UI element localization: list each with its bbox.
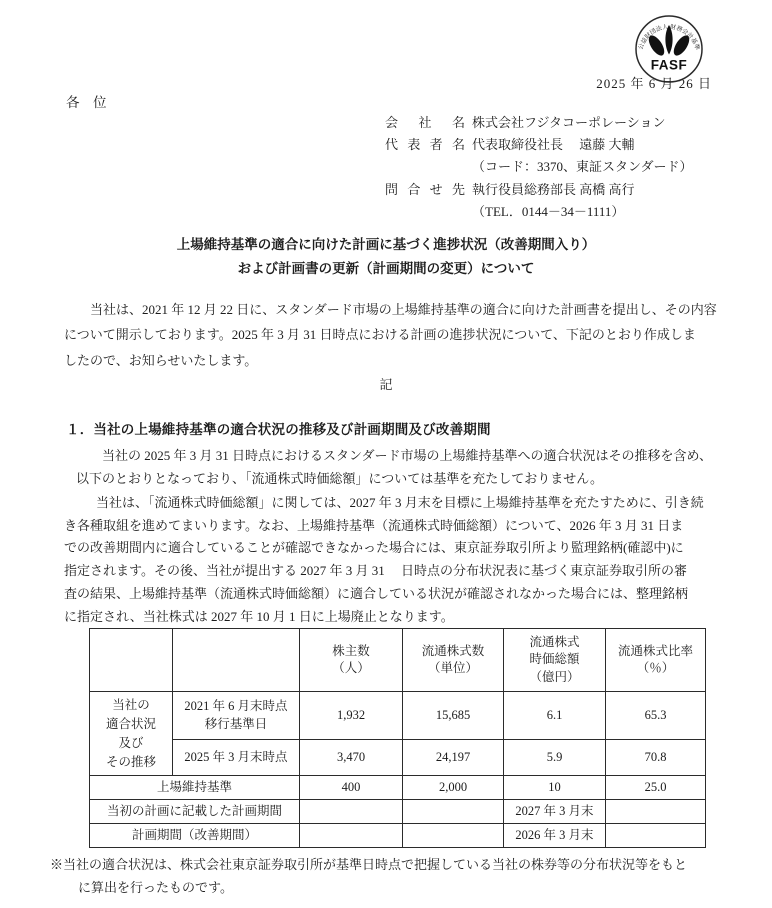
section1-heading: １．当社の上場維持基準の適合状況の推移及び計画期間及び改善期間 xyxy=(66,418,491,438)
telephone-value: （TEL．0144－34－1111） xyxy=(472,201,624,220)
cell-2021-tradable-shares: 15,685 xyxy=(403,692,504,740)
footnote-line: に算出を行ったものです。 xyxy=(50,876,687,899)
contact-value: 執行役員総務部長 高橋 高行 xyxy=(472,179,635,198)
paragraph-line: き各種取組を進めてまいります。なお、上場維持基準（流通株式時価総額）について、2… xyxy=(64,515,704,538)
header-line: 株主数 xyxy=(300,643,402,661)
header-line: 流通株式比率 xyxy=(606,643,705,661)
intro-line: したので、お知らせいたします。 xyxy=(64,348,717,373)
document-title-line2: および計画書の更新（計画期間の変更）について xyxy=(0,257,772,281)
cell-empty xyxy=(606,800,706,824)
header-line: 時価総額 xyxy=(504,651,605,669)
cell-criteria-ratio: 25.0 xyxy=(606,776,706,800)
representative-value: 代表取締役社長 遠藤 大輔 xyxy=(472,134,635,153)
cell-initial-plan-period: 2027 年 3 月末 xyxy=(504,800,606,824)
contact-label: 問 合 せ 先 xyxy=(385,179,465,198)
header-tradable-shares: 流通株式数 （単位） xyxy=(403,629,504,692)
table-row-revised-plan: 計画期間（改善期間） 2026 年 3 月末 xyxy=(90,824,706,848)
header-empty-cell xyxy=(90,629,173,692)
paragraph-line: 指定されます。その後、当社が提出する 2027 年 3 月 31 日時点の分布状… xyxy=(64,560,704,583)
telephone-row: （TEL．0144－34－1111） xyxy=(385,200,692,222)
table-row-initial-plan: 当初の計画に記載した計画期間 2027 年 3 月末 xyxy=(90,800,706,824)
cell-criteria-shareholders: 400 xyxy=(300,776,403,800)
group-label-line: 適合状況 xyxy=(90,715,172,734)
cell-empty xyxy=(606,824,706,848)
table-row-criteria: 上場維持基準 400 2,000 10 25.0 xyxy=(90,776,706,800)
table-header-row: 株主数 （人） 流通株式数 （単位） 流通株式 時価総額 （億円） 流通株式比率… xyxy=(90,629,706,692)
row-label-line: 移行基準日 xyxy=(173,716,299,734)
header-shareholders: 株主数 （人） xyxy=(300,629,403,692)
cell-criteria-tradable-shares: 2,000 xyxy=(403,776,504,800)
row-2025-label: 2025 年 3 月末時点 xyxy=(173,740,300,776)
header-empty-cell xyxy=(173,629,300,692)
company-name-value: 株式会社フジタコーポレーション xyxy=(472,112,665,131)
fasf-wordmark: FASF xyxy=(651,58,688,73)
initial-plan-label: 当初の計画に記載した計画期間 xyxy=(90,800,300,824)
contact-row: 問 合 せ 先 執行役員総務部長 高橋 高行 xyxy=(385,177,692,199)
criteria-label: 上場維持基準 xyxy=(90,776,300,800)
recipient: 各 位 xyxy=(66,91,107,111)
document-title: 上場維持基準の適合に向けた計画に基づく進捗状況（改善期間入り） および計画書の更… xyxy=(0,233,772,281)
intro-paragraph: 当社は、2021 年 12 月 22 日に、スタンダード市場の上場維持基準の適合… xyxy=(64,297,717,373)
cell-revised-plan-period: 2026 年 3 月末 xyxy=(504,824,606,848)
cell-2025-ratio: 70.8 xyxy=(606,740,706,776)
header-line: 流通株式 xyxy=(504,634,605,652)
group-label-line: 当社の xyxy=(90,696,172,715)
document-date: 2025 年 6 月 26 日 xyxy=(0,73,712,92)
section1-paragraph2: 当社は、「流通株式時価総額」に関しては、2027 年 3 月末を目標に上場維持基… xyxy=(64,492,704,628)
document-page: 公益財団法人 財務会計基準機構 会員 FASF 2025 年 6 月 26 日 … xyxy=(0,0,772,908)
compliance-table-wrap: 株主数 （人） 流通株式数 （単位） 流通株式 時価総額 （億円） 流通株式比率… xyxy=(89,628,706,848)
cell-2025-shareholders: 3,470 xyxy=(300,740,403,776)
revised-plan-label: 計画期間（改善期間） xyxy=(90,824,300,848)
record-mark: 記 xyxy=(0,374,772,393)
header-line: （人） xyxy=(300,660,402,678)
group-label-line: その推移 xyxy=(90,753,172,772)
company-name-label: 会 社 名 xyxy=(385,112,465,131)
footnote-line: ※当社の適合状況は、株式会社東京証券取引所が基準日時点で把握している当社の株券等… xyxy=(50,853,687,876)
company-info-block: 会 社 名 株式会社フジタコーポレーション 代 表 者 名 代表取締役社長 遠藤… xyxy=(385,110,692,222)
cell-empty xyxy=(300,824,403,848)
header-line: （単位） xyxy=(403,660,503,678)
header-line: （億円） xyxy=(504,669,605,687)
section1-paragraph1: 当社の 2025 年 3 月 31 日時点におけるスタンダード市場の上場維持基準… xyxy=(76,444,712,490)
stock-code-row: （コード：3370、東証スタンダード） xyxy=(385,155,692,177)
cell-empty xyxy=(403,824,504,848)
cell-2025-tradable-shares: 24,197 xyxy=(403,740,504,776)
row-2021-label: 2021 年 6 月末時点 移行基準日 xyxy=(173,692,300,740)
row-label-line: 2021 年 6 月末時点 xyxy=(173,698,299,716)
header-line: 流通株式数 xyxy=(403,643,503,661)
cell-2021-shareholders: 1,932 xyxy=(300,692,403,740)
header-market-cap: 流通株式 時価総額 （億円） xyxy=(504,629,606,692)
header-line: （％） xyxy=(606,660,705,678)
footnote: ※当社の適合状況は、株式会社東京証券取引所が基準日時点で把握している当社の株券等… xyxy=(50,853,687,899)
stock-code-value: （コード：3370、東証スタンダード） xyxy=(472,156,692,175)
cell-2021-ratio: 65.3 xyxy=(606,692,706,740)
group-label-line: 及び xyxy=(90,734,172,753)
paragraph-line: 当社の 2025 年 3 月 31 日時点におけるスタンダード市場の上場維持基準… xyxy=(76,444,712,467)
paragraph-line: 以下のとおりとなっており、「流通株式時価総額」については基準を充たしておりません… xyxy=(76,467,712,490)
document-title-line1: 上場維持基準の適合に向けた計画に基づく進捗状況（改善期間入り） xyxy=(0,233,772,257)
paragraph-line: 当社は、「流通株式時価総額」に関しては、2027 年 3 月末を目標に上場維持基… xyxy=(64,492,704,515)
company-name-row: 会 社 名 株式会社フジタコーポレーション xyxy=(385,110,692,132)
table-row-2021: 当社の 適合状況 及び その推移 2021 年 6 月末時点 移行基準日 1,9… xyxy=(90,692,706,740)
paragraph-line: での改善期間内に適合していることが確認できなかった場合には、東京証券取引所より監… xyxy=(64,537,704,560)
group-label-cell: 当社の 適合状況 及び その推移 xyxy=(90,692,173,776)
table-row-2025: 2025 年 3 月末時点 3,470 24,197 5.9 70.8 xyxy=(90,740,706,776)
intro-line: 当社は、2021 年 12 月 22 日に、スタンダード市場の上場維持基準の適合… xyxy=(64,297,717,322)
intro-line: について開示しております。2025 年 3 月 31 日時点における計画の進捗状… xyxy=(64,322,717,347)
representative-label: 代 表 者 名 xyxy=(385,134,465,153)
paragraph-line: 査の結果、上場維持基準（流通株式時価総額）に適合している状況が確認されなかった場… xyxy=(64,583,704,606)
cell-empty xyxy=(403,800,504,824)
cell-2021-market-cap: 6.1 xyxy=(504,692,606,740)
cell-criteria-market-cap: 10 xyxy=(504,776,606,800)
representative-row: 代 表 者 名 代表取締役社長 遠藤 大輔 xyxy=(385,132,692,154)
paragraph-line: に指定され、当社株式は 2027 年 10 月 1 日に上場廃止となります。 xyxy=(64,606,704,629)
header-tradable-ratio: 流通株式比率 （％） xyxy=(606,629,706,692)
cell-2025-market-cap: 5.9 xyxy=(504,740,606,776)
compliance-table: 株主数 （人） 流通株式数 （単位） 流通株式 時価総額 （億円） 流通株式比率… xyxy=(89,628,706,848)
cell-empty xyxy=(300,800,403,824)
